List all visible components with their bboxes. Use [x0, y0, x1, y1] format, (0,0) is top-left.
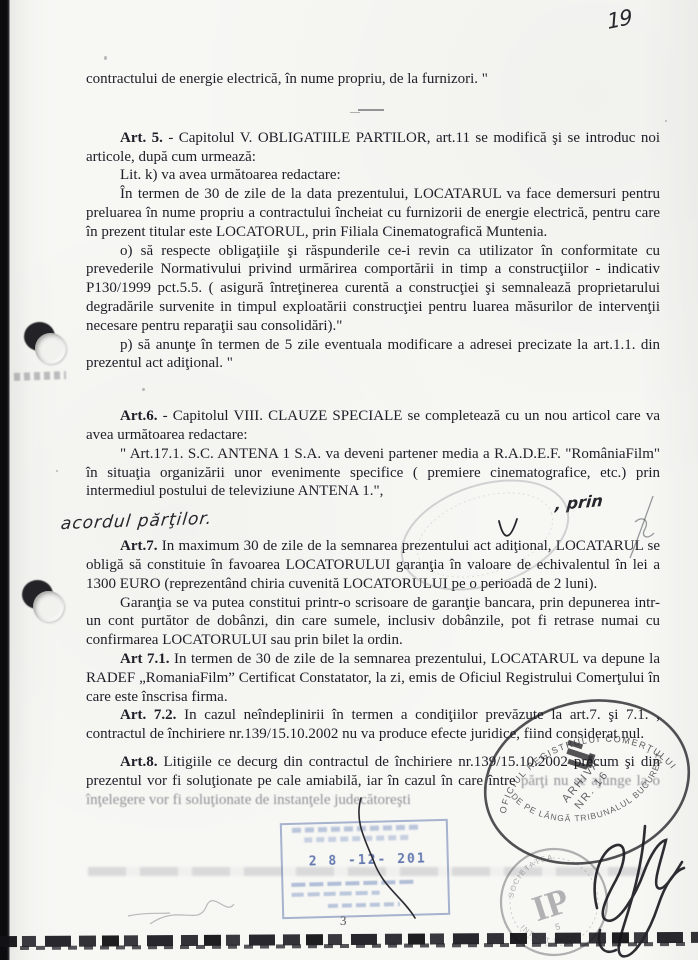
- scan-artifact-band: [0, 930, 698, 954]
- check-mark: [499, 519, 517, 536]
- pen-marks-overlay: [0, 0, 698, 960]
- margin-initials: [630, 496, 654, 558]
- footer-page-number: 3: [340, 913, 347, 929]
- hole-punch-hole: [33, 591, 64, 622]
- pen-line: [359, 798, 415, 918]
- pencil-scribble: [128, 901, 234, 924]
- hole-punch: [22, 580, 70, 628]
- scanned-contract-page: 19 contractului de energie electrică, în…: [0, 0, 698, 960]
- speck: [56, 470, 58, 472]
- speck: [142, 388, 145, 391]
- hole-punch: [24, 322, 72, 370]
- hole-punch-hole: [35, 333, 66, 364]
- speck: [104, 56, 107, 60]
- speck: [665, 120, 667, 122]
